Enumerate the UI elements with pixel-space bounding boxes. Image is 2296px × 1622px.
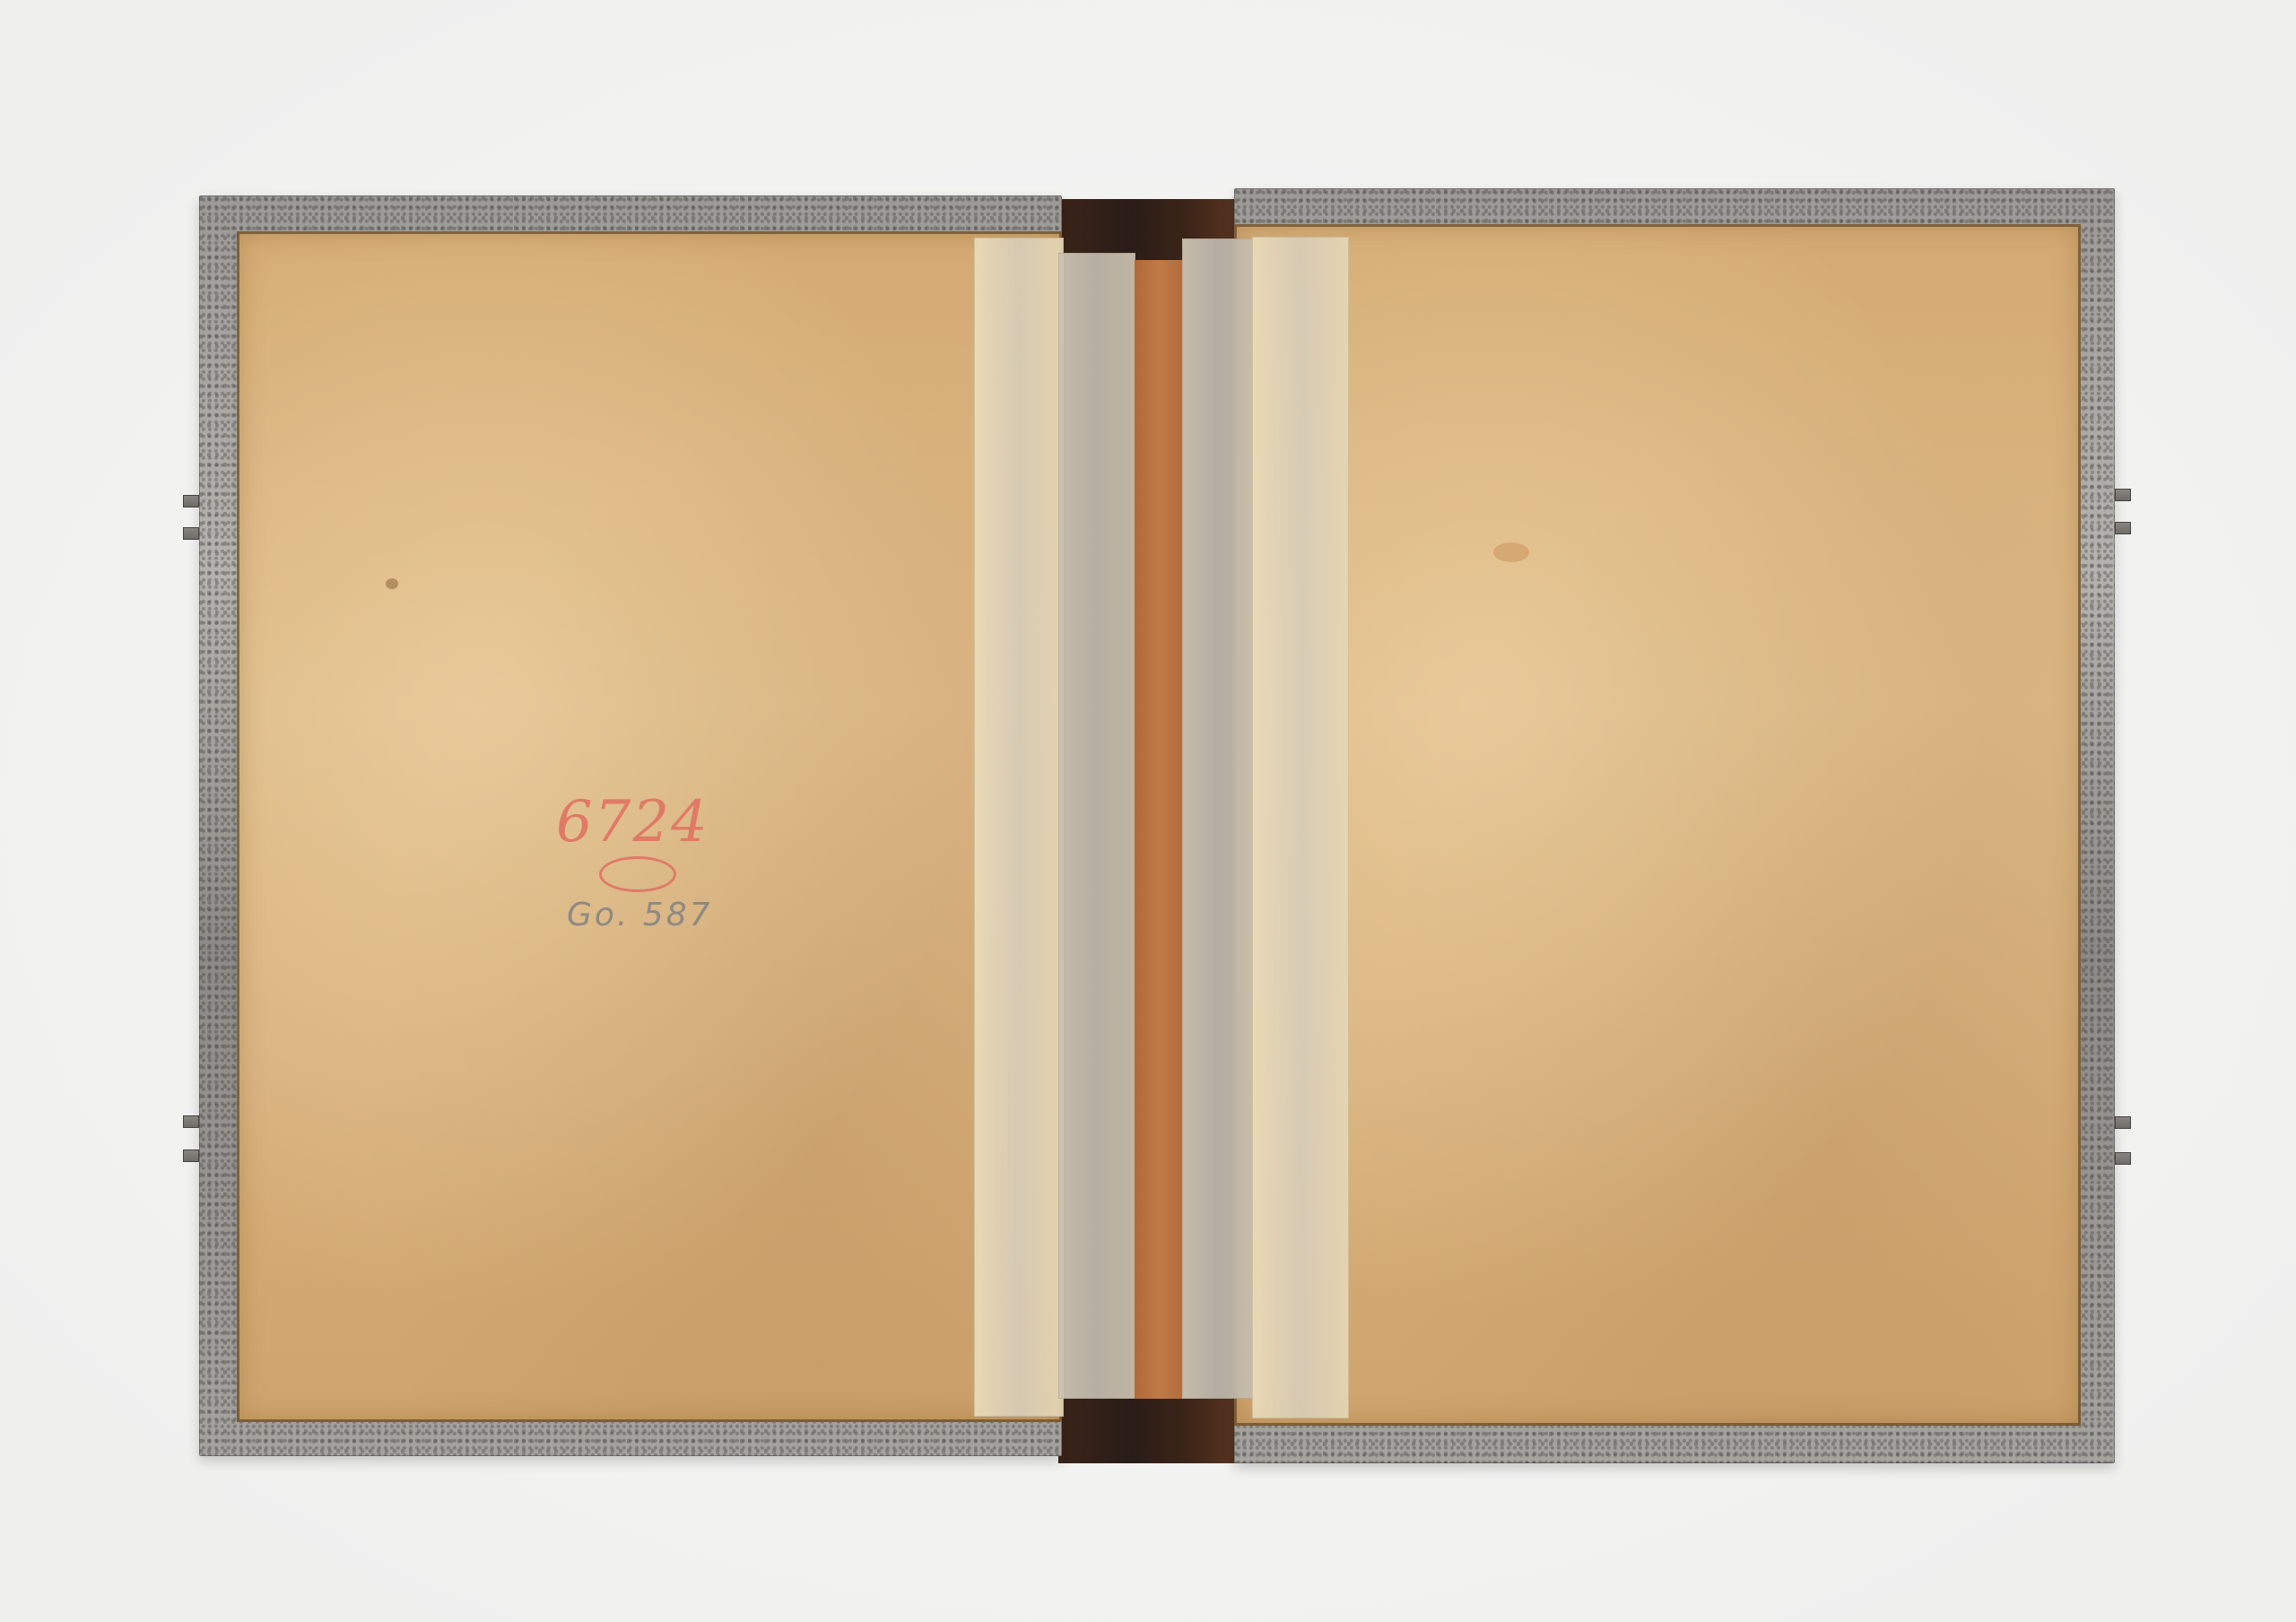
tape-strip-right-inner [1182, 239, 1256, 1399]
tape-strip-left-inner [1058, 253, 1135, 1399]
hinge-icon [2115, 1152, 2131, 1165]
right-board [1234, 224, 2081, 1426]
hinge-icon [183, 495, 199, 507]
inventory-number: 6724 [556, 789, 709, 855]
inventory-number-flourish [599, 856, 676, 892]
hinge-icon [2115, 1116, 2131, 1129]
hinge-icon [2115, 522, 2131, 534]
tape-strip-right-outer [1252, 237, 1349, 1418]
hinge-icon [183, 527, 199, 540]
hinge-icon [183, 1115, 199, 1128]
tape-strip-left-outer [974, 238, 1064, 1417]
spine-strip [1135, 260, 1183, 1399]
stain [386, 578, 398, 589]
hinge-icon [183, 1149, 199, 1162]
pencil-mark: Go. 587 [567, 897, 713, 933]
hinge-icon [2115, 489, 2131, 501]
stain [1493, 542, 1529, 562]
